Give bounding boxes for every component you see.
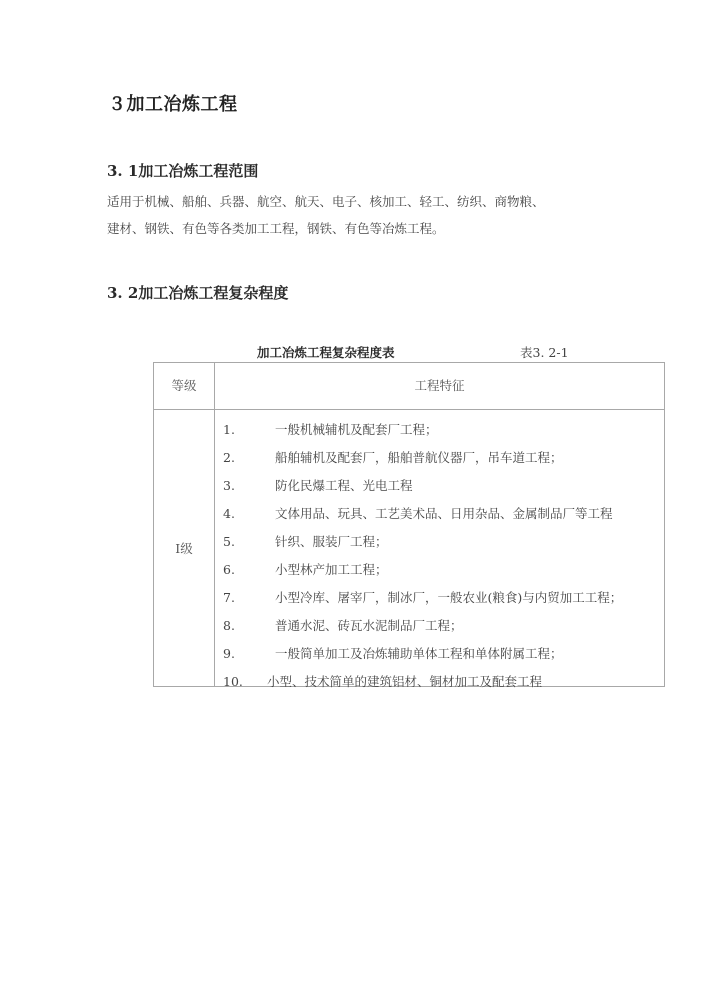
feature-list: 1. 一般机械辅机及配套厂工程； 2. 船舶辅机及配套厂，船舶普航仪器厂，吊车道… xyxy=(215,410,664,686)
item-text: 普通水泥、砖瓦水泥制品厂工程； xyxy=(275,612,463,640)
feature-item: 4. 文体用品、玩具、工艺美术品、日用杂品、金属制品厂等工程 xyxy=(215,500,664,528)
table-caption: 加工冶炼工程复杂程度表 xyxy=(257,343,395,361)
item-number: 5. xyxy=(223,528,235,556)
feature-item: 3. 防化民爆工程、光电工程 xyxy=(215,472,664,500)
item-number: 9. xyxy=(223,640,235,668)
item-text: 船舶辅机及配套厂，船舶普航仪器厂，吊车道工程； xyxy=(275,444,563,472)
item-number: 6. xyxy=(223,556,235,584)
item-number: 8. xyxy=(223,612,235,640)
item-text: 防化民爆工程、光电工程 xyxy=(275,472,413,500)
feature-item: 9. 一般简单加工及冶炼辅助单体工程和单体附属工程； xyxy=(215,640,664,668)
item-text: 一般机械辅机及配套厂工程； xyxy=(275,416,438,444)
item-text: 小型冷库、屠宰厂，制冰厂，一般农业(粮食)与内贸加工工程； xyxy=(275,584,622,612)
item-number: 2. xyxy=(223,444,235,472)
item-number: 3. xyxy=(223,472,235,500)
feature-item: 2. 船舶辅机及配套厂，船舶普航仪器厂，吊车道工程； xyxy=(215,444,664,472)
feature-item: 8. 普通水泥、砖瓦水泥制品厂工程； xyxy=(215,612,664,640)
item-number: 7. xyxy=(223,584,235,612)
header-grade: 等级 xyxy=(154,363,214,409)
grade-cell: Ⅰ级 xyxy=(154,410,214,686)
feature-item: 7. 小型冷库、屠宰厂，制冰厂，一般农业(粮食)与内贸加工工程； xyxy=(215,584,664,612)
feature-item: 6. 小型林产加工工程； xyxy=(215,556,664,584)
scope-paragraph-line-2: 建材、钢铁、有色等各类加工工程，钢铁、有色等冶炼工程。 xyxy=(107,219,445,237)
feature-item: 1. 一般机械辅机及配套厂工程； xyxy=(215,416,664,444)
item-text: 小型、技术简单的建筑铝材、铜材加工及配套工程 xyxy=(267,668,542,696)
item-text: 小型林产加工工程； xyxy=(275,556,388,584)
complexity-table: 等级 工程特征 Ⅰ级 1. 一般机械辅机及配套厂工程； 2. 船舶辅机及配套厂，… xyxy=(153,362,665,687)
table-number: 表3. 2-1 xyxy=(520,343,569,361)
item-number: 1. xyxy=(223,416,235,444)
item-number: 10. xyxy=(223,668,243,696)
feature-item: 10. 小型、技术简单的建筑铝材、铜材加工及配套工程 xyxy=(215,668,664,696)
item-text: 针织、服装厂工程； xyxy=(275,528,388,556)
feature-item: 5. 针织、服装厂工程； xyxy=(215,528,664,556)
item-text: 文体用品、玩具、工艺美术品、日用杂品、金属制品厂等工程 xyxy=(275,500,613,528)
scope-paragraph-line-1: 适用于机械、船舶、兵器、航空、航天、电子、核加工、轻工、纺织、商物粮、 xyxy=(107,192,545,210)
header-features: 工程特征 xyxy=(215,363,664,409)
section-heading-scope: 3. 1加工冶炼工程范围 xyxy=(107,160,258,181)
section-heading-complexity: 3. 2加工冶炼工程复杂程度 xyxy=(107,282,288,303)
item-text: 一般简单加工及冶炼辅助单体工程和单体附属工程； xyxy=(275,640,563,668)
item-number: 4. xyxy=(223,500,235,528)
chapter-heading: ３加工冶炼工程 xyxy=(108,90,238,116)
